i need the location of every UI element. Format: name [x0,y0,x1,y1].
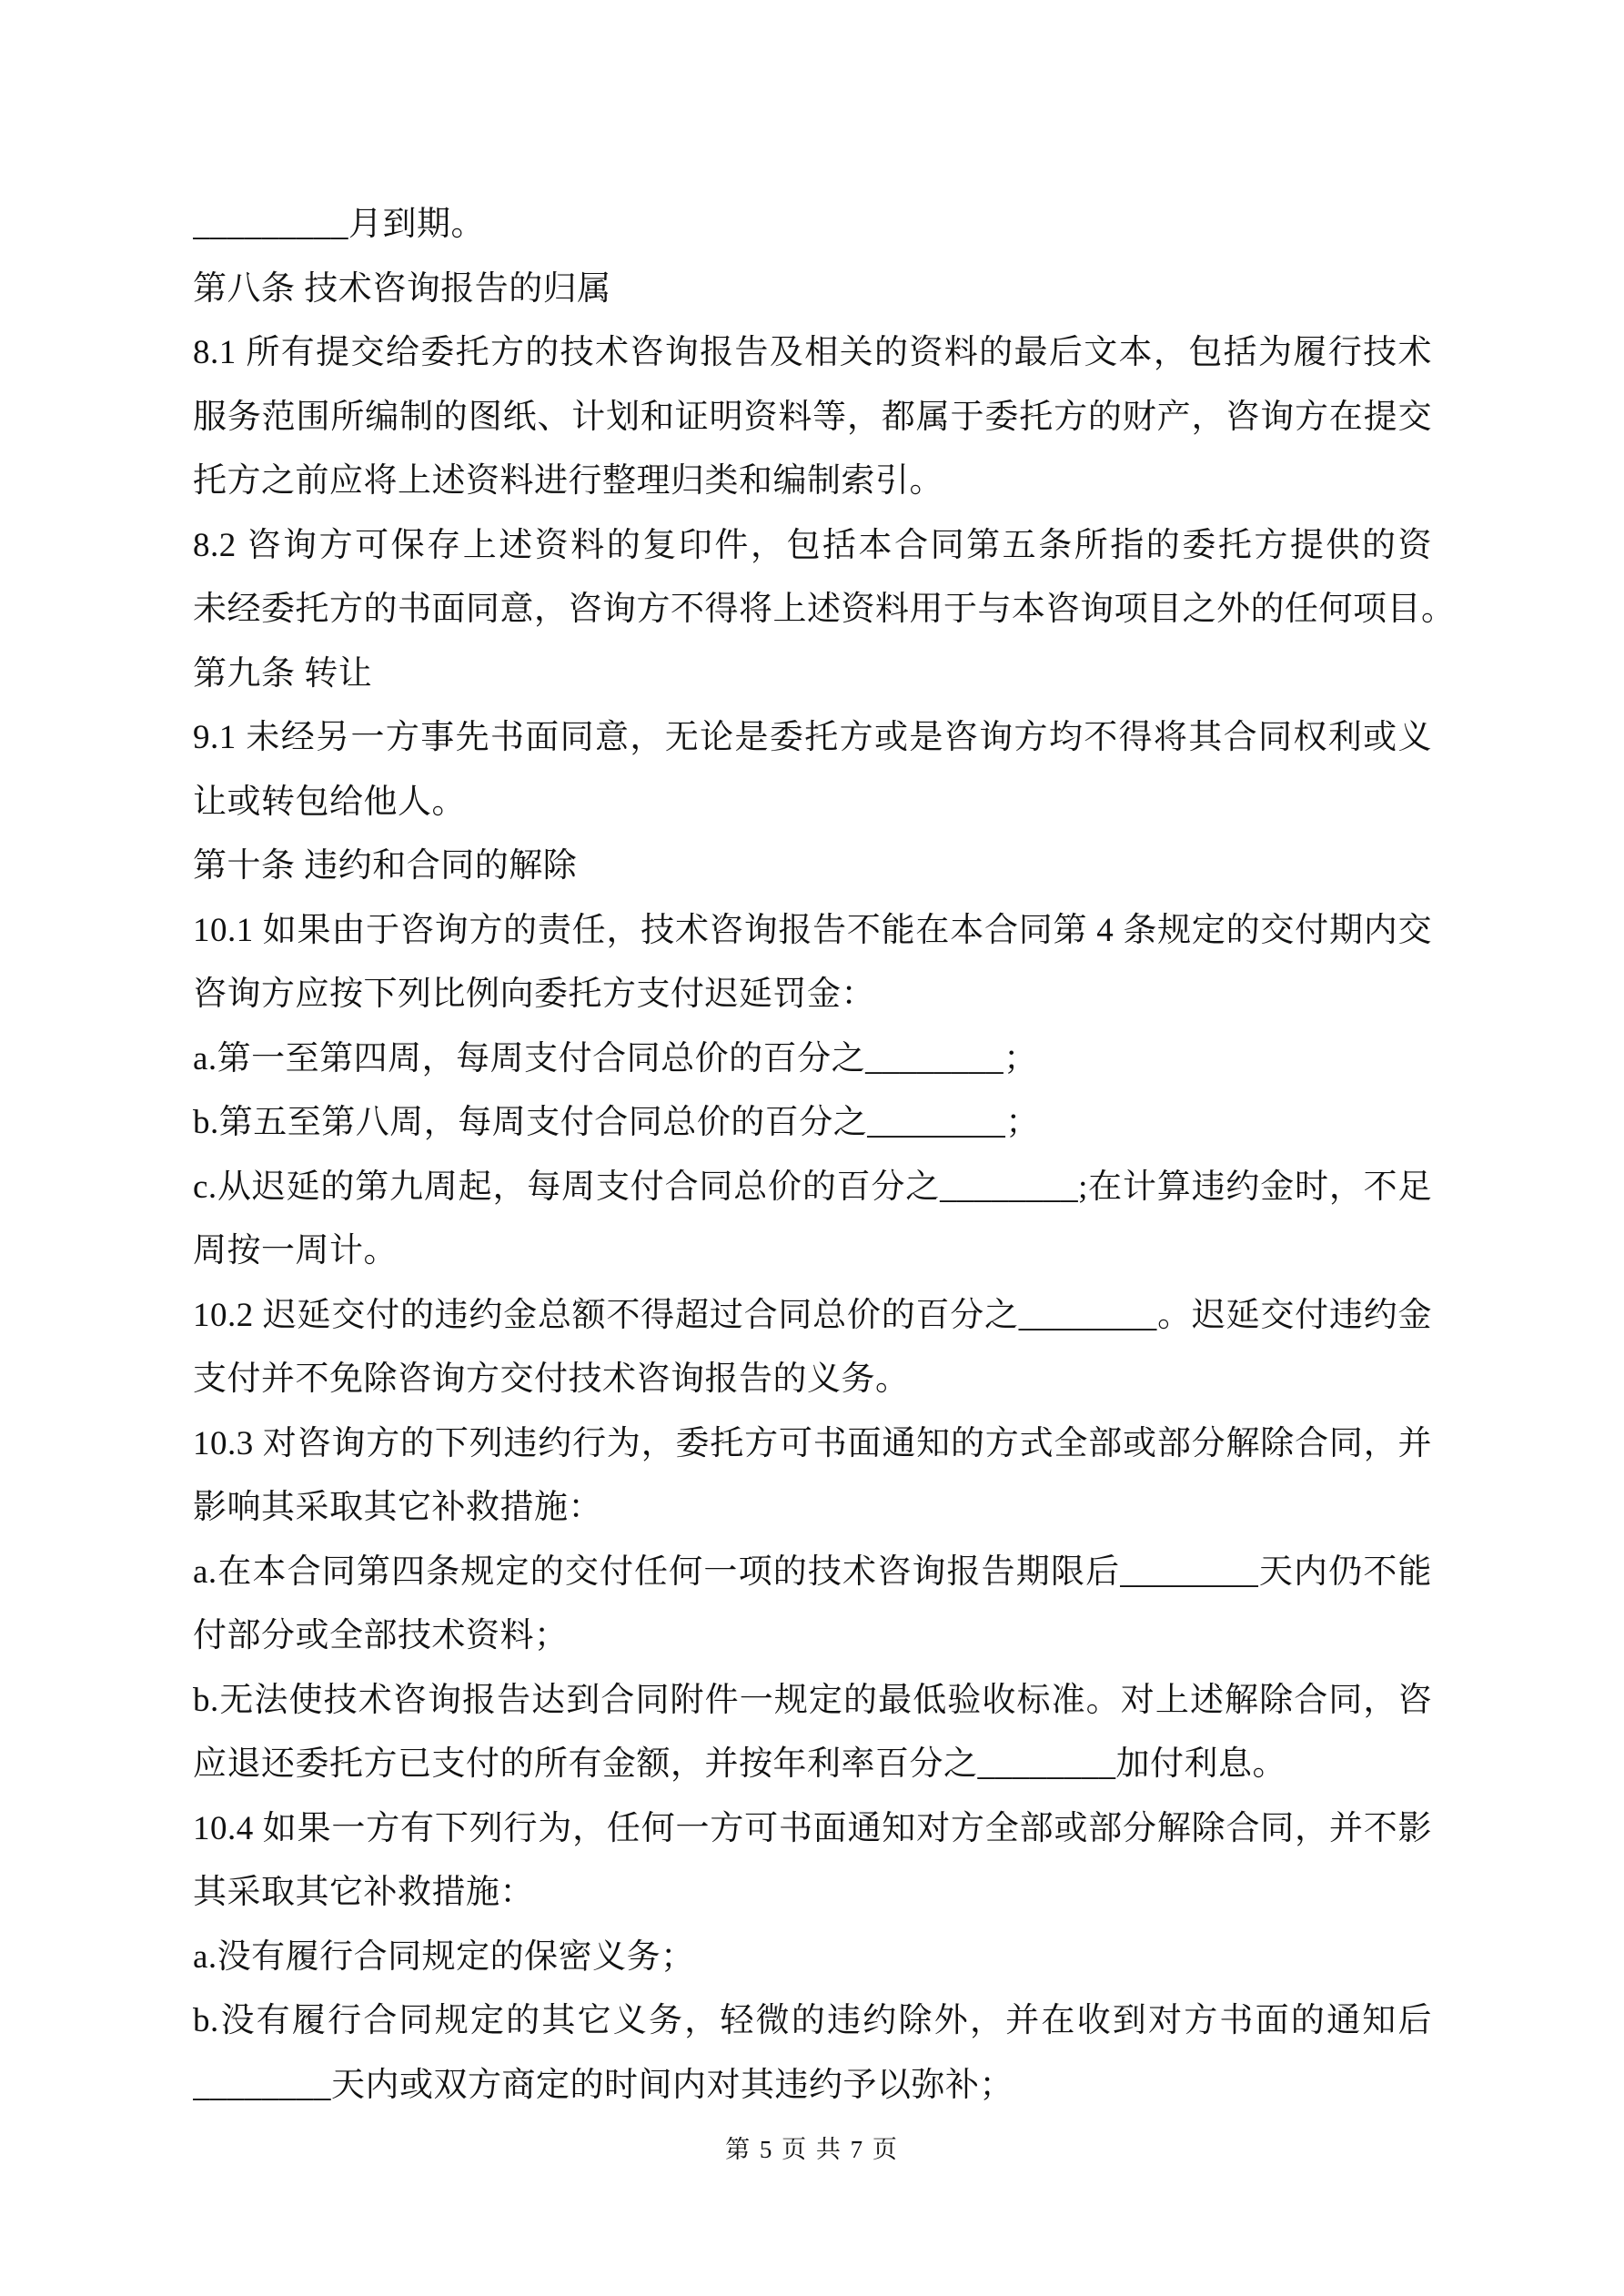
doc-line-10-1-item-c-cont: 周按一周计。 [193,1219,1432,1284]
clause-10-heading: 第十条 违约和合同的解除 [193,834,1432,899]
doc-line-10-4-item-a: a.没有履行合同规定的保密义务； [193,1926,1432,1990]
doc-line-10-2-b: 支付并不免除咨询方交付技术咨询报告的义务。 [193,1348,1432,1412]
clause-8-heading: 第八条 技术咨询报告的归属 [193,258,1432,322]
doc-line-10-1-item-c: c.从迟延的第九周起，每周支付合同总价的百分之________;在计算违约金时，… [193,1156,1432,1220]
clause-9-heading: 第九条 转让 [193,642,1432,707]
doc-line-10-3-b: 影响其采取其它补救措施： [193,1476,1432,1541]
doc-line-10-3-item-a: a.在本合同第四条规定的交付任何一项的技术咨询报告期限后________天内仍不… [193,1541,1432,1605]
doc-line-8-1-a: 8.1 所有提交给委托方的技术咨询报告及相关的资料的最后文本，包括为履行技术咨询 [193,321,1432,386]
doc-line-10-1-a: 10.1 如果由于咨询方的责任，技术咨询报告不能在本合同第 4 条规定的交付期内… [193,899,1432,964]
doc-line-10-2-a: 10.2 迟延交付的违约金总额不得超过合同总价的百分之________。迟延交付… [193,1284,1432,1349]
doc-line-8-1-b: 服务范围所编制的图纸、计划和证明资料等，都属于委托方的财产，咨询方在提交给委 [193,386,1432,450]
doc-line-9-1-a: 9.1 未经另一方事先书面同意，无论是委托方或是咨询方均不得将其合同权利或义务转 [193,706,1432,771]
doc-line-10-1-b: 咨询方应按下列比例向委托方支付迟延罚金： [193,963,1432,1027]
doc-line-10-1-item-b: b.第五至第八周，每周支付合同总价的百分之________； [193,1091,1432,1156]
doc-line-10-1-item-a: a.第一至第四周，每周支付合同总价的百分之________； [193,1027,1432,1092]
contract-page: _________月到期。 第八条 技术咨询报告的归属 8.1 所有提交给委托方… [0,0,1624,2296]
doc-line-10-4-a: 10.4 如果一方有下列行为，任何一方可书面通知对方全部或部分解除合同，并不影响 [193,1797,1432,1862]
doc-line-10-4-item-b-cont: ________天内或双方商定的时间内对其违约予以弥补； [193,2054,1432,2119]
doc-line-10-3-item-a-cont: 付部分或全部技术资料； [193,1604,1432,1669]
doc-line-10-3-a: 10.3 对咨询方的下列违约行为，委托方可书面通知的方式全部或部分解除合同，并不 [193,1412,1432,1477]
doc-line-10-3-item-b: b.无法使技术咨询报告达到合同附件一规定的最低验收标准。对上述解除合同，咨询方 [193,1669,1432,1734]
doc-line-month-expiry-blank: _________月到期。 [193,193,1432,258]
page-number-footer: 第 5 页 共 7 页 [0,2129,1624,2170]
doc-line-8-1-c: 托方之前应将上述资料进行整理归类和编制索引。 [193,450,1432,514]
doc-line-8-2-b: 未经委托方的书面同意，咨询方不得将上述资料用于与本咨询项目之外的任何项目。 [193,578,1432,642]
doc-line-10-4-b: 其采取其它补救措施： [193,1861,1432,1926]
doc-line-10-3-item-b-cont: 应退还委托方已支付的所有金额，并按年利率百分之________加付利息。 [193,1733,1432,1797]
doc-line-9-1-b: 让或转包给他人。 [193,771,1432,835]
doc-line-8-2-a: 8.2 咨询方可保存上述资料的复印件，包括本合同第五条所指的委托方提供的资料，但 [193,514,1432,579]
contract-body: _________月到期。 第八条 技术咨询报告的归属 8.1 所有提交给委托方… [193,193,1432,2118]
doc-line-10-4-item-b: b.没有履行合同规定的其它义务，轻微的违约除外，并在收到对方书面的通知后 [193,1989,1432,2054]
